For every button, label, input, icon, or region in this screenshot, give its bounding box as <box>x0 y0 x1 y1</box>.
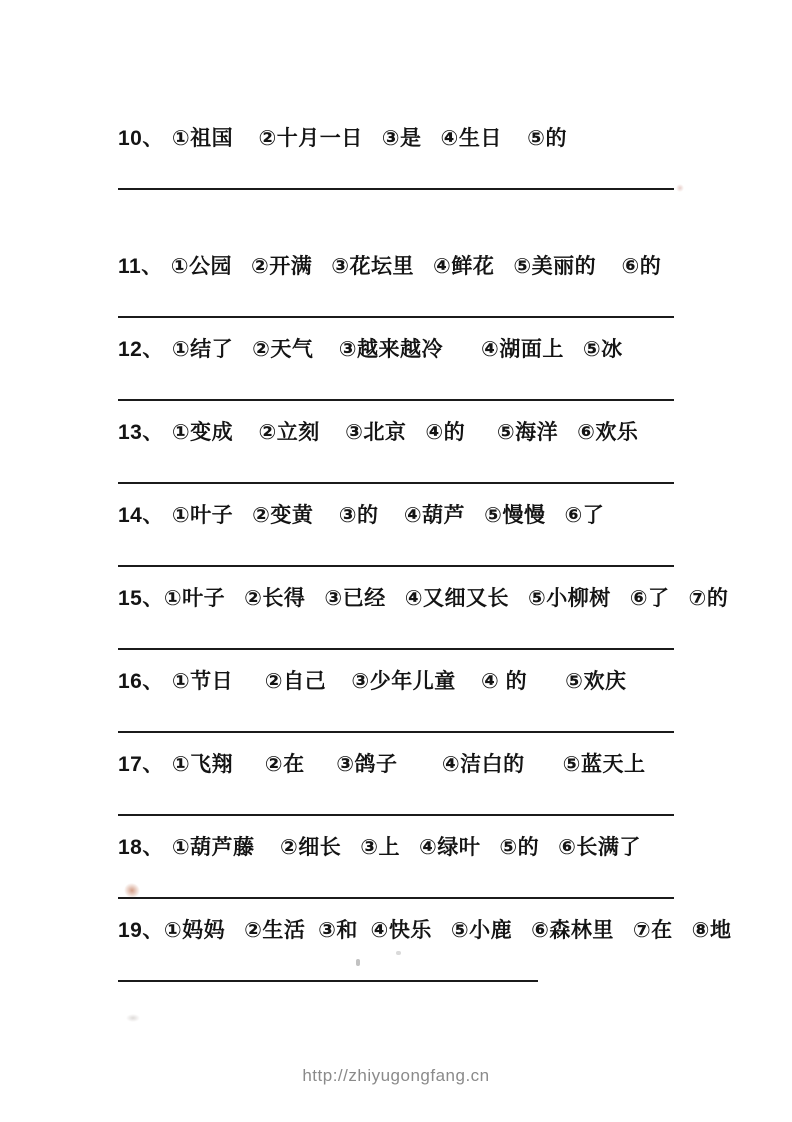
item-words: ①变成 ②立刻 ③北京 ④的 ⑤海洋 ⑥欢乐 <box>172 421 639 444</box>
item-number: 12、 <box>118 338 164 361</box>
worksheet-item-11: 11、①公园 ②开满 ③花坛里 ④鲜花 ⑤美丽的 ⑥的 <box>118 254 732 318</box>
item-number: 14、 <box>118 504 164 527</box>
worksheet-item-10: 10、①祖国 ②十月一日 ③是 ④生日 ⑤的 <box>118 126 732 190</box>
worksheet-item-14: 14、①叶子 ②变黄 ③的 ④葫芦 ⑤慢慢 ⑥了 <box>118 503 732 567</box>
item-number: 10、 <box>118 127 164 150</box>
item-words: ①祖国 ②十月一日 ③是 ④生日 ⑤的 <box>172 127 567 150</box>
scan-artifact-smudge <box>126 1014 140 1022</box>
item-words: ①结了 ②天气 ③越来越冷 ④湖面上 ⑤冰 <box>172 338 623 361</box>
item-number: 11、 <box>118 255 163 278</box>
item-number: 19、 <box>118 919 164 942</box>
item-words: ①葫芦藤 ②细长 ③上 ④绿叶 ⑤的 ⑥长满了 <box>172 836 641 859</box>
item-text: 18、①葫芦藤 ②细长 ③上 ④绿叶 ⑤的 ⑥长满了 <box>118 835 732 861</box>
worksheet-item-13: 13、①变成 ②立刻 ③北京 ④的 ⑤海洋 ⑥欢乐 <box>118 420 732 484</box>
answer-line <box>118 565 674 567</box>
worksheet-item-19: 19、①妈妈 ②生活 ③和 ④快乐 ⑤小鹿 ⑥森林里 ⑦在 ⑧地 <box>118 918 732 982</box>
item-number: 16、 <box>118 670 164 693</box>
answer-line <box>118 188 674 190</box>
answer-line <box>118 731 674 733</box>
item-text: 14、①叶子 ②变黄 ③的 ④葫芦 ⑤慢慢 ⑥了 <box>118 503 732 529</box>
answer-line <box>118 648 674 650</box>
item-number: 17、 <box>118 753 164 776</box>
answer-line <box>118 482 674 484</box>
worksheet-item-12: 12、①结了 ②天气 ③越来越冷 ④湖面上 ⑤冰 <box>118 337 732 401</box>
answer-line <box>118 316 674 318</box>
item-words: ①妈妈 ②生活 ③和 ④快乐 ⑤小鹿 ⑥森林里 ⑦在 ⑧地 <box>164 919 732 942</box>
answer-line <box>118 399 674 401</box>
item-number: 15、 <box>118 587 164 610</box>
worksheet-page: 10、①祖国 ②十月一日 ③是 ④生日 ⑤的 11、①公园 ②开满 ③花坛里 ④… <box>0 0 792 1122</box>
item-text: 11、①公园 ②开满 ③花坛里 ④鲜花 ⑤美丽的 ⑥的 <box>118 254 732 280</box>
item-words: ①叶子 ②变黄 ③的 ④葫芦 ⑤慢慢 ⑥了 <box>172 504 604 527</box>
answer-line <box>118 980 538 982</box>
worksheet-item-17: 17、①飞翔 ②在 ③鸽子 ④洁白的 ⑤蓝天上 <box>118 752 732 816</box>
item-number: 13、 <box>118 421 164 444</box>
worksheet-item-18: 18、①葫芦藤 ②细长 ③上 ④绿叶 ⑤的 ⑥长满了 <box>118 835 732 899</box>
answer-line <box>118 814 674 816</box>
footer-url: http://zhiyugongfang.cn <box>0 1066 792 1086</box>
item-text: 15、①叶子 ②长得 ③已经 ④又细又长 ⑤小柳树 ⑥了 ⑦的 <box>118 586 732 612</box>
worksheet-item-15: 15、①叶子 ②长得 ③已经 ④又细又长 ⑤小柳树 ⑥了 ⑦的 <box>118 586 732 650</box>
item-text: 16、①节日 ②自己 ③少年儿童 ④ 的 ⑤欢庆 <box>118 669 732 695</box>
item-words: ①公园 ②开满 ③花坛里 ④鲜花 ⑤美丽的 ⑥的 <box>171 255 662 278</box>
item-text: 19、①妈妈 ②生活 ③和 ④快乐 ⑤小鹿 ⑥森林里 ⑦在 ⑧地 <box>118 918 732 944</box>
item-words: ①节日 ②自己 ③少年儿童 ④ 的 ⑤欢庆 <box>172 670 627 693</box>
item-words: ①飞翔 ②在 ③鸽子 ④洁白的 ⑤蓝天上 <box>172 753 646 776</box>
item-words: ①叶子 ②长得 ③已经 ④又细又长 ⑤小柳树 ⑥了 ⑦的 <box>164 587 728 610</box>
item-text: 12、①结了 ②天气 ③越来越冷 ④湖面上 ⑤冰 <box>118 337 732 363</box>
item-text: 13、①变成 ②立刻 ③北京 ④的 ⑤海洋 ⑥欢乐 <box>118 420 732 446</box>
answer-line <box>118 897 674 899</box>
item-number: 18、 <box>118 836 164 859</box>
worksheet-item-16: 16、①节日 ②自己 ③少年儿童 ④ 的 ⑤欢庆 <box>118 669 732 733</box>
item-text: 10、①祖国 ②十月一日 ③是 ④生日 ⑤的 <box>118 126 732 152</box>
item-text: 17、①飞翔 ②在 ③鸽子 ④洁白的 ⑤蓝天上 <box>118 752 732 778</box>
